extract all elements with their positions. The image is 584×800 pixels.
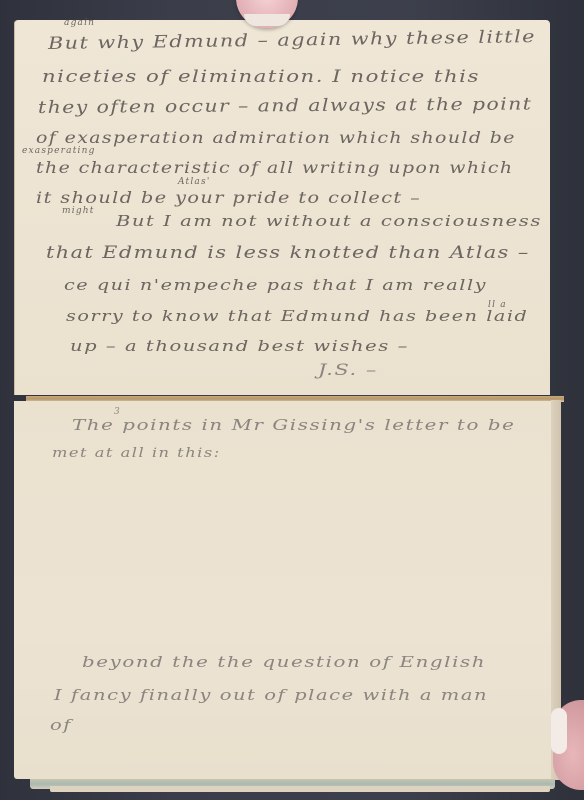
- handwritten-line: ce qui n'empeche pas that I am really: [64, 276, 487, 294]
- handwritten-line: The points in Mr Gissing's letter to be: [72, 416, 515, 434]
- handwritten-line: niceties of elimination. I notice this: [42, 67, 480, 87]
- handwritten-line: it should be your pride to collect –: [36, 188, 421, 207]
- handwritten-line: up – a thousand best wishes –: [70, 337, 409, 355]
- insertion-above: Atlas': [178, 177, 211, 187]
- handwritten-line: of exasperation admiration which should …: [36, 128, 516, 147]
- handwritten-line: the characteristic of all writing upon w…: [36, 158, 513, 177]
- handwritten-line: sorry to know that Edmund has been laid: [66, 307, 528, 325]
- handwritten-line: that Edmund is less knotted than Atlas –: [46, 243, 530, 263]
- insertion-below: might: [62, 206, 95, 216]
- insertion-above: again: [64, 18, 95, 28]
- signature: J.S. –: [318, 360, 378, 379]
- thumb-holding-right: [553, 700, 584, 790]
- handwritten-line: met at all in this:: [52, 446, 221, 461]
- handwritten-line: I fancy finally out of place with a man: [54, 686, 488, 704]
- handwritten-line: But I am not without a consciousness: [116, 212, 542, 230]
- margin-note: exasperating: [22, 146, 96, 156]
- page-stack-edge-lower: [50, 786, 550, 792]
- handwritten-line: they often occur – and always at the poi…: [38, 94, 533, 118]
- handwritten-line: beyond the the question of English: [82, 653, 486, 671]
- handwritten-line: of: [50, 716, 72, 734]
